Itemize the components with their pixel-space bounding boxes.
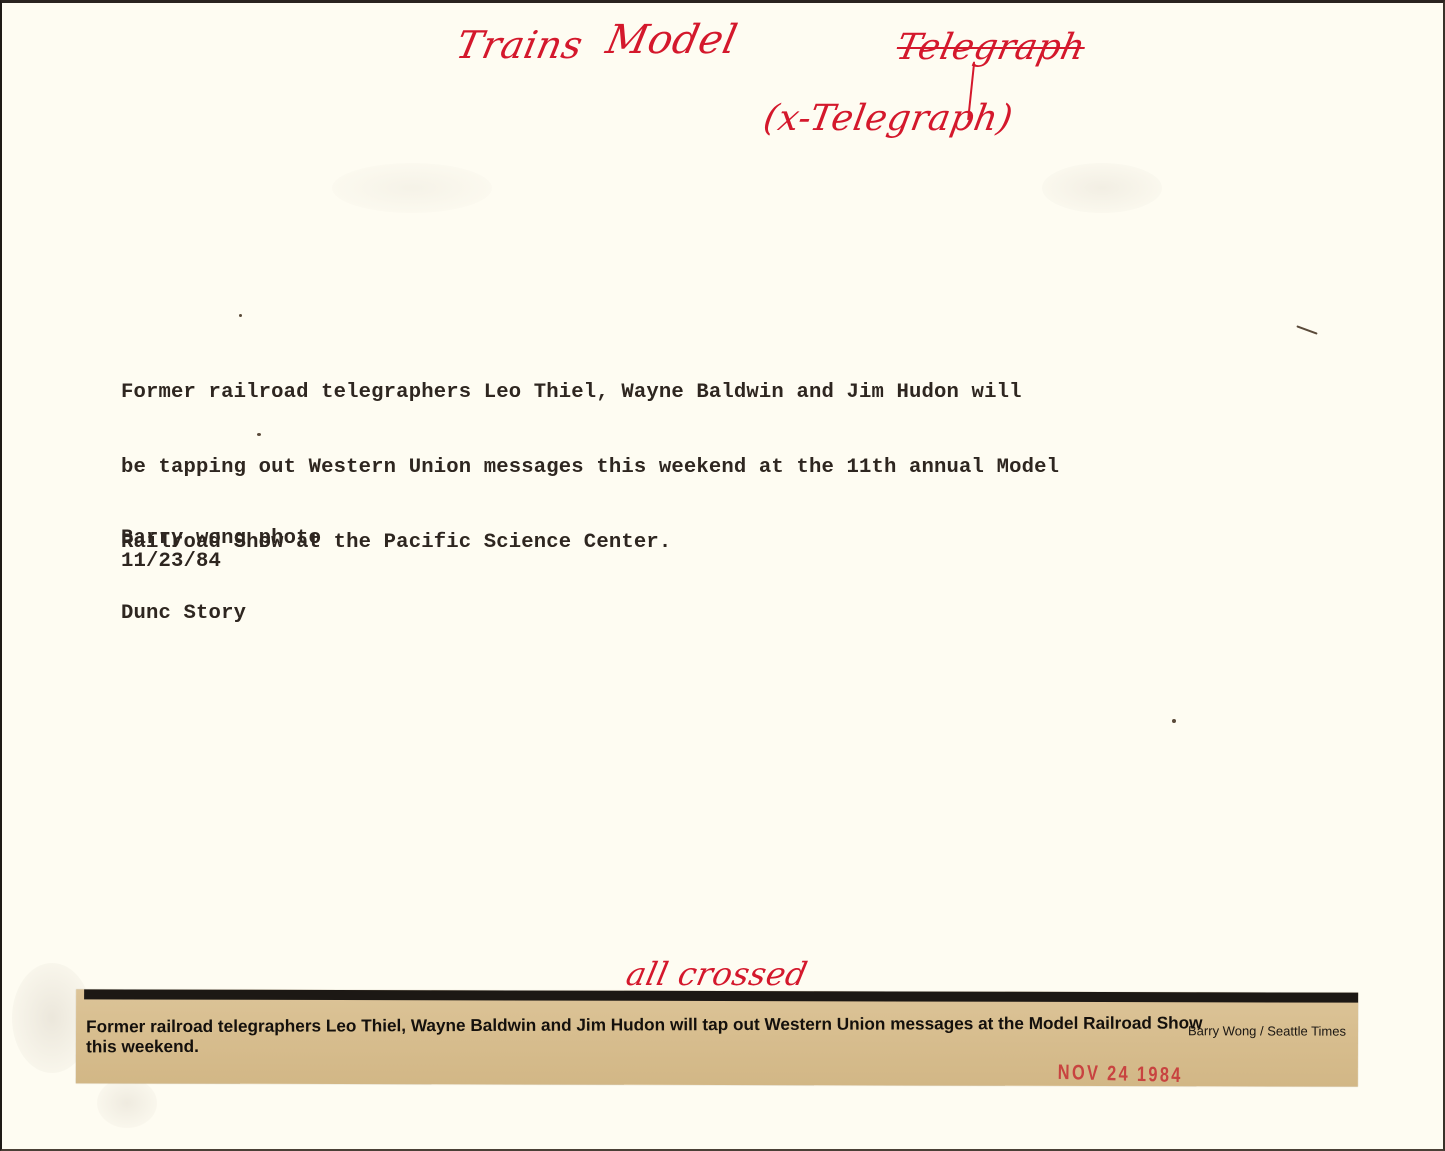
- typed-caption-line: Former railroad telegraphers Leo Thiel, …: [121, 380, 1059, 405]
- clipping-caption-line: Former railroad telegraphers Leo Thiel, …: [86, 1012, 1203, 1036]
- paper-scratch: [1296, 325, 1317, 334]
- paper-speck: [1172, 719, 1176, 723]
- story-credit: Dunc Story: [121, 601, 321, 626]
- faded-offset-text-smudge: [332, 163, 492, 213]
- date-stamp: NOV 24 1984: [1058, 1061, 1183, 1088]
- photo-back-document: Trains Model Telegraph (x-Telegraph) For…: [0, 0, 1445, 1151]
- paper-speck: [239, 314, 242, 317]
- handwritten-clipping-note: all crossed: [623, 955, 811, 993]
- photographer-credit: Barry wong photo: [121, 526, 321, 551]
- handwritten-topic-struck-through: Telegraph: [893, 27, 1090, 68]
- clipping-caption: Former railroad telegraphers Leo Thiel, …: [86, 1012, 1348, 1056]
- handwritten-cross-reference: (x-Telegraph): [760, 98, 1016, 139]
- clipping-photo-edge: [84, 989, 1358, 1002]
- handwritten-topic-trains: Trains: [452, 23, 587, 67]
- typed-date: 11/23/84: [121, 549, 221, 574]
- newspaper-clipping: Barry Wong / Seattle Times Former railro…: [76, 989, 1358, 1086]
- glue-smudge: [97, 1078, 157, 1128]
- handwritten-topic-model: Model: [602, 17, 741, 63]
- typed-credit-block: Barry wong photo Dunc Story: [121, 476, 321, 676]
- faded-offset-text-smudge: [1042, 163, 1162, 213]
